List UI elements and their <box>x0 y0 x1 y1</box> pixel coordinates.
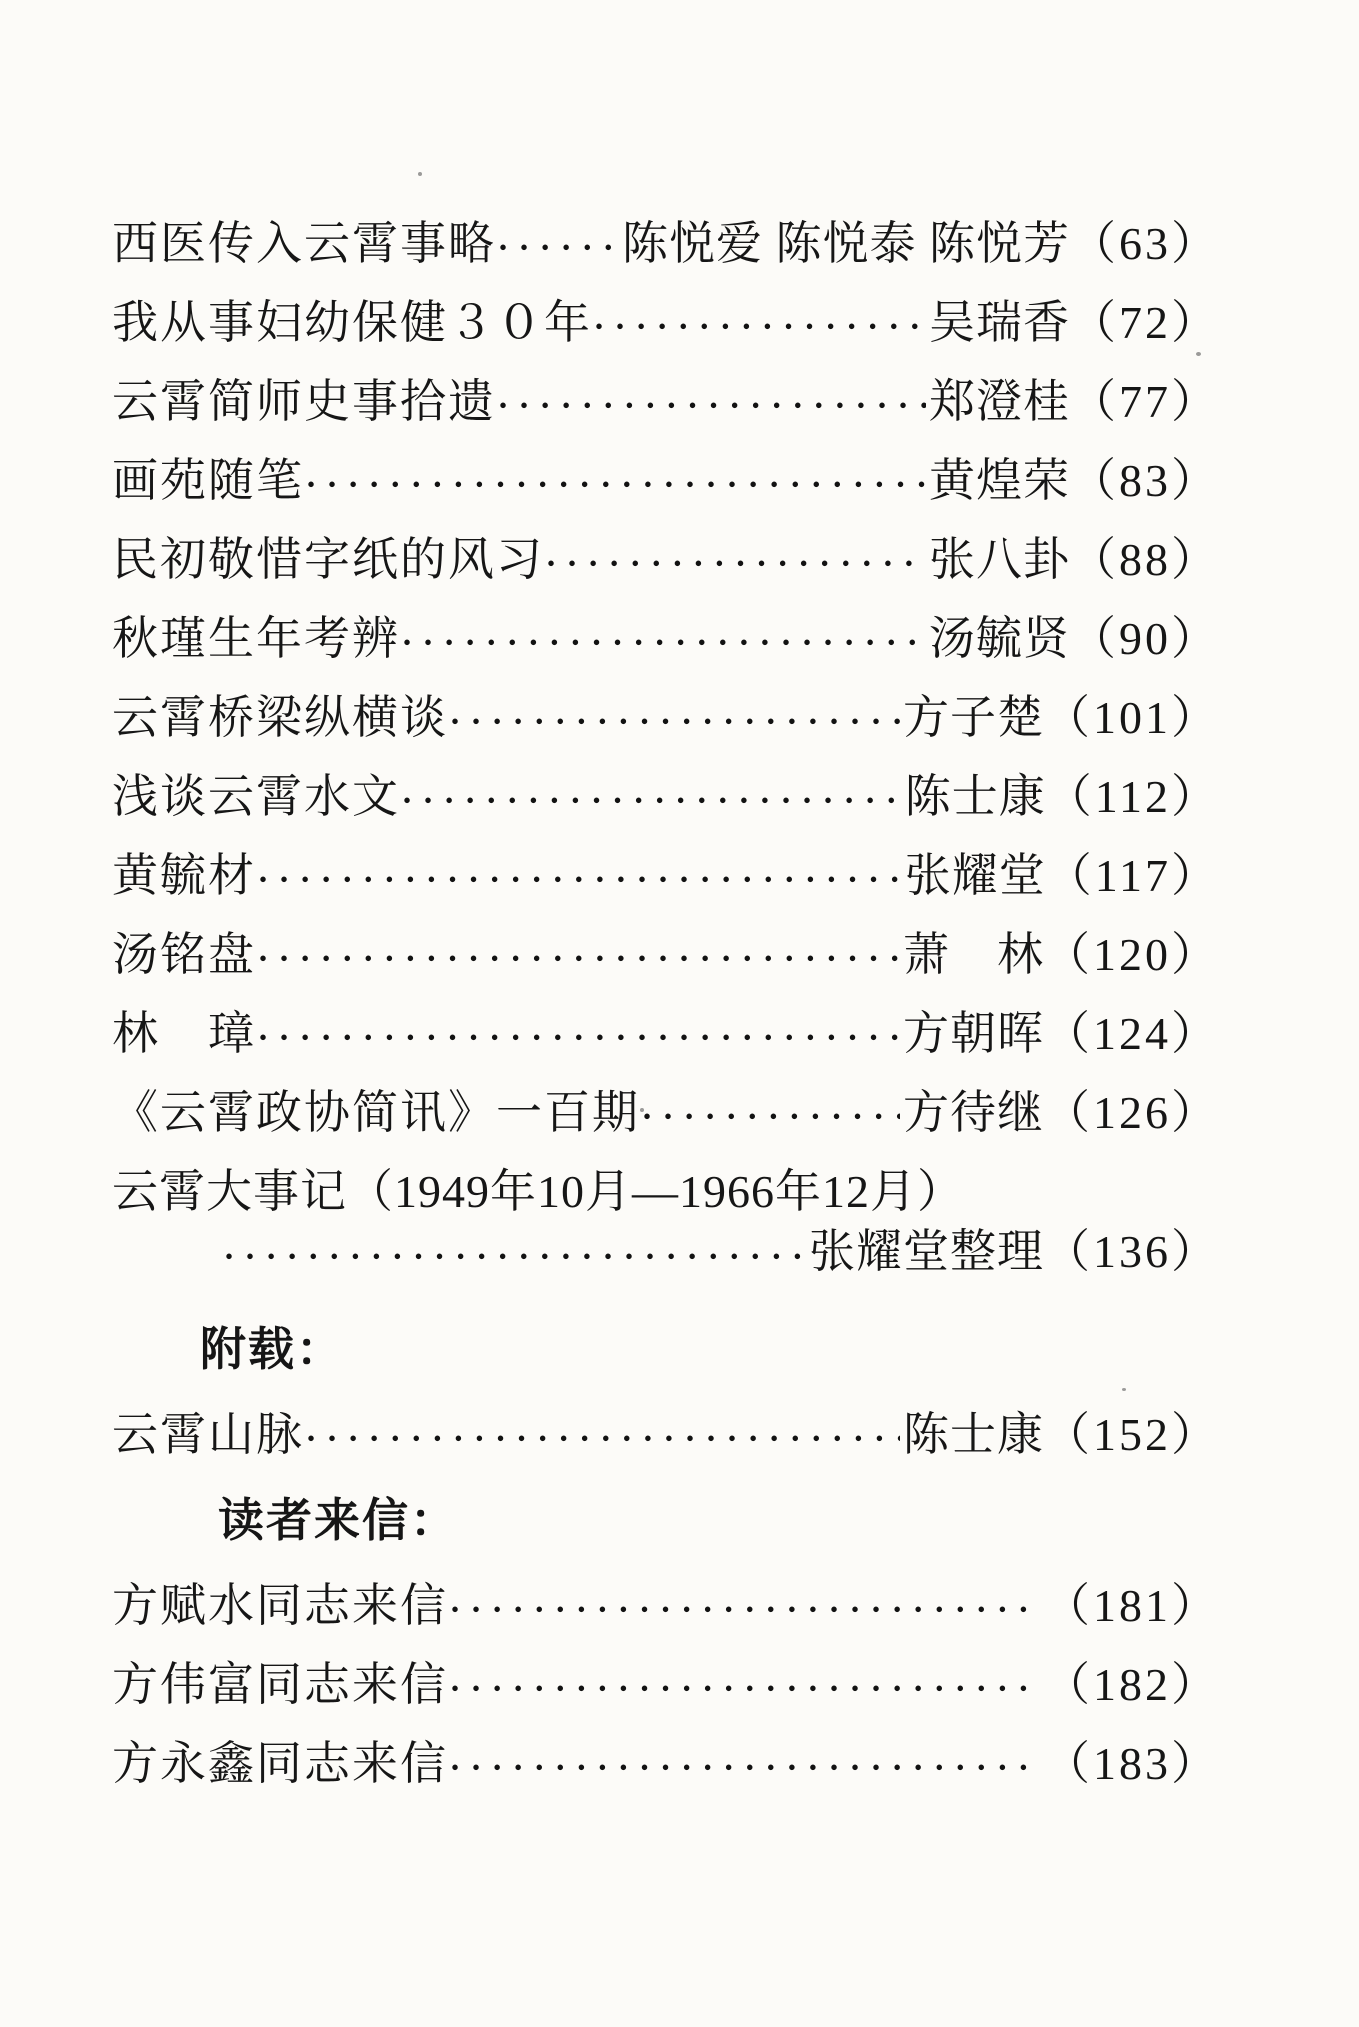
entry-author: 陈士康 <box>903 1412 1044 1458</box>
entry-author: 陈悦爱 陈悦泰 陈悦芳 <box>622 221 1070 267</box>
entry-author: 方朝晖 <box>903 1011 1044 1057</box>
toc-list: 西医传入云霄事略 陈悦爱 陈悦泰 陈悦芳 （63） 我从事妇幼保健３０年 吴瑞香… <box>112 204 1220 1803</box>
entry-page-number: （101） <box>1044 695 1220 741</box>
entry-page-number: （120） <box>1044 932 1220 978</box>
scan-speck <box>1122 1388 1126 1391</box>
section-header-reader-letters: 读者来信： <box>112 1474 1220 1566</box>
dot-leader <box>307 445 926 524</box>
entry-page-number: （182） <box>1044 1662 1220 1708</box>
scan-speck <box>1196 352 1201 356</box>
toc-entry: 民初敬惜字纸的风习 张八卦 （88） <box>112 520 1220 599</box>
entry-page-number: （124） <box>1044 1011 1220 1057</box>
dot-leader <box>451 1570 1041 1649</box>
toc-entry: 方永鑫同志来信 （183） <box>112 1724 1220 1803</box>
toc-entry: 云霄桥梁纵横谈 方子楚 （101） <box>112 678 1220 757</box>
dot-leader <box>499 366 926 445</box>
entry-title: 云霄桥梁纵横谈 <box>112 695 448 741</box>
toc-entry: 方伟富同志来信 （182） <box>112 1645 1220 1724</box>
entry-title: 我从事妇幼保健３０年 <box>112 300 592 346</box>
entry-title: 画苑随笔 <box>112 458 304 504</box>
entry-title: 云霄山脉 <box>112 1412 304 1458</box>
entry-author: 方子楚 <box>903 695 1044 741</box>
dot-leader <box>643 1077 900 1156</box>
dot-leader <box>307 1399 900 1478</box>
entry-title: 黄毓材 <box>112 853 256 899</box>
toc-entry: 《云霄政协简讯》一百期 方待继 （126） <box>112 1073 1220 1152</box>
entry-title: 秋瑾生年考辨 <box>112 616 400 662</box>
dot-leader <box>595 287 926 366</box>
entry-author: 吴瑞香 <box>929 300 1070 346</box>
toc-entry: 云霄简师史事拾遗 郑澄桂 （77） <box>112 362 1220 441</box>
toc-entry: 秋瑾生年考辨 汤毓贤 （90） <box>112 599 1220 678</box>
entry-page-number: （72） <box>1070 300 1220 346</box>
entry-author: 汤毓贤 <box>929 616 1070 662</box>
toc-entry: 云霄山脉 陈士康 （152） <box>112 1395 1220 1474</box>
entry-page-number: （126） <box>1044 1090 1220 1136</box>
entry-page-number: （63） <box>1070 221 1220 267</box>
dot-leader <box>259 998 900 1077</box>
entry-page-number: （112） <box>1046 774 1220 820</box>
dot-leader <box>403 603 926 682</box>
toc-entry: 方赋水同志来信 （181） <box>112 1566 1220 1645</box>
entry-author: 张耀堂 <box>905 853 1046 899</box>
entry-page-number: （77） <box>1070 379 1220 425</box>
scan-speck <box>640 1108 644 1112</box>
scanned-toc-page: 西医传入云霄事略 陈悦爱 陈悦泰 陈悦芳 （63） 我从事妇幼保健３０年 吴瑞香… <box>0 0 1359 2027</box>
entry-page-number: （90） <box>1070 616 1220 662</box>
entry-title: 浅谈云霄水文 <box>112 774 400 820</box>
toc-entry: 汤铭盘 萧 林 （120） <box>112 915 1220 994</box>
entry-page-number: （83） <box>1070 458 1220 504</box>
entry-page-number: （88） <box>1070 537 1220 583</box>
toc-entry: 画苑随笔 黄煌荣 （83） <box>112 441 1220 520</box>
toc-entry: 林 璋 方朝晖 （124） <box>112 994 1220 1073</box>
entry-author: 张八卦 <box>929 537 1070 583</box>
dot-leader <box>547 524 926 603</box>
dot-leader <box>451 1728 1041 1807</box>
toc-entry: 黄毓材 张耀堂 （117） <box>112 836 1220 915</box>
entry-title: 云霄大事记（1949年10月—1966年12月） <box>112 1169 964 1215</box>
dot-leader <box>259 919 900 998</box>
entry-title: 汤铭盘 <box>112 932 256 978</box>
entry-page-number: （181） <box>1044 1583 1220 1629</box>
toc-entry-continuation-line: 张耀堂整理 （136） <box>112 1231 1220 1273</box>
entry-page-number: （117） <box>1046 853 1220 899</box>
entry-page-number: （136） <box>1044 1229 1220 1275</box>
entry-title: 民初敬惜字纸的风习 <box>112 537 544 583</box>
dot-leader <box>451 1649 1041 1728</box>
section-header-appendix: 附载： <box>112 1303 1220 1395</box>
section-header-label: 附载： <box>200 1326 344 1372</box>
entry-title: 方伟富同志来信 <box>112 1662 448 1708</box>
scan-speck <box>418 172 422 176</box>
dot-leader <box>259 840 902 919</box>
toc-entry: 我从事妇幼保健３０年 吴瑞香 （72） <box>112 283 1220 362</box>
dot-leader <box>403 761 902 840</box>
entry-title: 《云霄政协简讯》一百期 <box>112 1090 640 1136</box>
entry-title: 西医传入云霄事略 <box>112 221 496 267</box>
toc-entry: 西医传入云霄事略 陈悦爱 陈悦泰 陈悦芳 （63） <box>112 204 1220 283</box>
dot-leader <box>451 682 900 761</box>
entry-title: 方永鑫同志来信 <box>112 1741 448 1787</box>
dot-leader <box>499 208 619 287</box>
toc-entry-title-line: 云霄大事记（1949年10月—1966年12月） <box>112 1152 1220 1231</box>
entry-author: 张耀堂整理 <box>809 1229 1044 1275</box>
section-header-label: 读者来信： <box>218 1497 458 1543</box>
entry-author: 黄煌荣 <box>929 458 1070 504</box>
entry-title: 方赋水同志来信 <box>112 1583 448 1629</box>
entry-author: 萧 林 <box>903 932 1044 978</box>
entry-author: 陈士康 <box>905 774 1046 820</box>
dot-leader <box>225 1235 806 1277</box>
entry-title: 林 璋 <box>112 1011 256 1057</box>
entry-page-number: （183） <box>1044 1741 1220 1787</box>
entry-author: 郑澄桂 <box>929 379 1070 425</box>
entry-page-number: （152） <box>1044 1412 1220 1458</box>
entry-title: 云霄简师史事拾遗 <box>112 379 496 425</box>
toc-entry: 浅谈云霄水文 陈士康 （112） <box>112 757 1220 836</box>
entry-author: 方待继 <box>903 1090 1044 1136</box>
